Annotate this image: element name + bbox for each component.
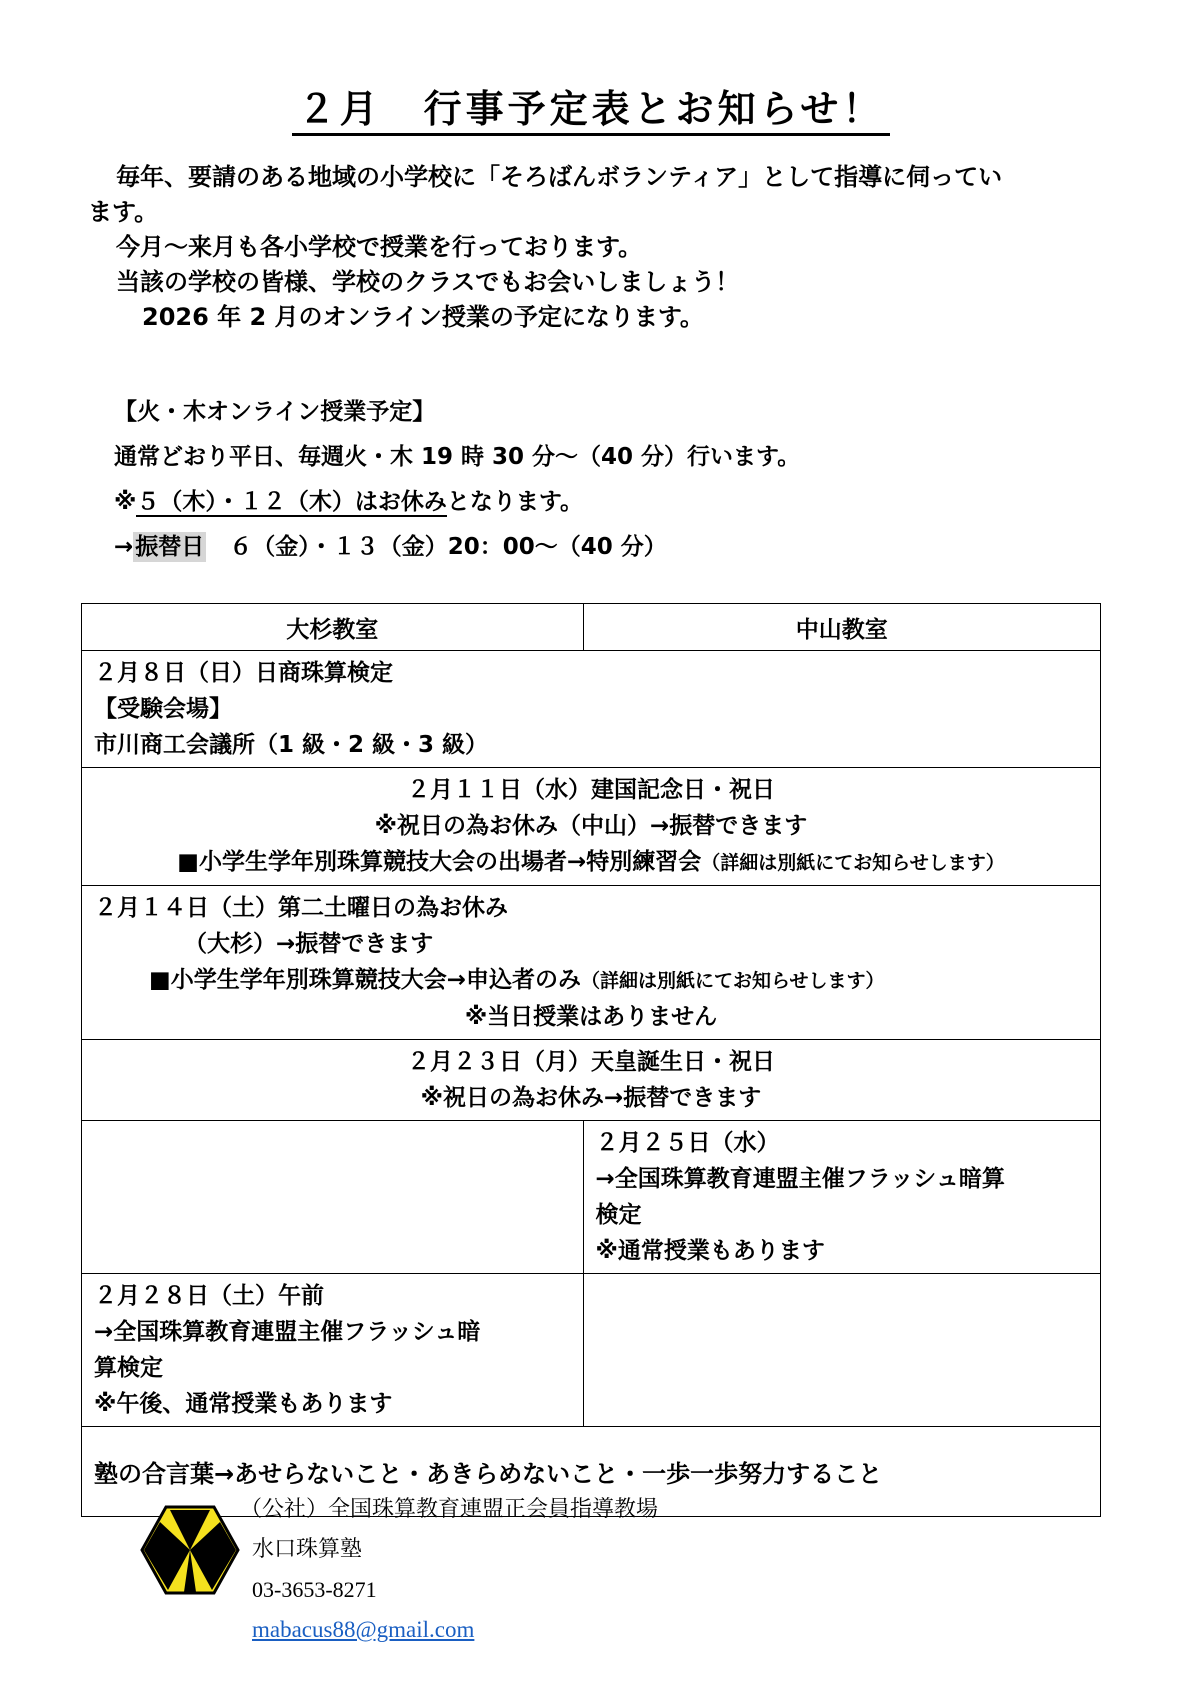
event-feb28: ２月２８日（土）午前 →全国珠算教育連盟主催フラッシュ暗 算検定 ※午後、通常授… [82, 1274, 583, 1426]
school-name: 水口珠算塾 [240, 1530, 658, 1570]
table-row: ２月８日（日）日商珠算検定 【受験会場】 市川商工会議所（1 級・2 級・3 級… [82, 651, 1101, 768]
holiday-dates: ５（木）・１２（木）はお休み [136, 489, 447, 517]
hexagon-abacus-logo-icon [140, 1505, 240, 1595]
arrow-icon: → [114, 534, 133, 560]
table-row: ２月２５日（水） →全国珠算教育連盟主催フラッシュ暗算 検定 ※通常授業もありま… [82, 1121, 1101, 1274]
intro-line: 今月～来月も各小学校で授業を行っております。 [88, 230, 1098, 265]
online-makeup: →振替日 ６（金）・１３（金）20：00～（40 分） [114, 525, 800, 570]
intro-line: ます。 [88, 195, 1098, 230]
makeup-label: 振替日 [133, 532, 206, 562]
table-row: ２月２８日（土）午前 →全国珠算教育連盟主催フラッシュ暗 算検定 ※午後、通常授… [82, 1274, 1101, 1427]
header-nakayama: 中山教室 [583, 604, 1101, 651]
schedule-table: 大杉教室 中山教室 ２月８日（日）日商珠算検定 【受験会場】 市川商工会議所（1… [81, 603, 1101, 1517]
header-ohsugi: 大杉教室 [82, 604, 584, 651]
table-header-row: 大杉教室 中山教室 [82, 604, 1101, 651]
table-row: ２月２３日（月）天皇誕生日・祝日 ※祝日の為お休み→振替できます [82, 1040, 1101, 1121]
event-feb25: ２月２５日（水） →全国珠算教育連盟主催フラッシュ暗算 検定 ※通常授業もありま… [584, 1121, 1101, 1273]
intro-line: 当該の学校の皆様、学校のクラスでもお会いしましょう！ [88, 265, 1098, 300]
table-row: ２月１４日（土）第二土曜日の為お休み （大杉）→振替できます ■小学生学年別珠算… [82, 886, 1101, 1040]
online-class-section: 【火・木オンライン授業予定】 通常どおり平日、毎週火・木 19 時 30 分～（… [114, 390, 800, 570]
online-holiday: ※５（木）・１２（木）はお休みとなります。 [114, 480, 800, 525]
event-feb8: ２月８日（日）日商珠算検定 【受験会場】 市川商工会議所（1 級・2 級・3 級… [82, 651, 1100, 767]
intro-line: 毎年、要請のある地域の小学校に「そろばんボランティア」として指導に伺ってい [88, 160, 1098, 195]
intro-paragraph: 毎年、要請のある地域の小学校に「そろばんボランティア」として指導に伺ってい ます… [88, 160, 1098, 335]
empty-cell [583, 1274, 1101, 1427]
event-feb23: ２月２３日（月）天皇誕生日・祝日 ※祝日の為お休み→振替できます [82, 1040, 1100, 1120]
email-link[interactable]: mabacus88@gmail.com [240, 1617, 474, 1642]
event-feb11: ２月１１日（水）建国記念日・祝日 ※祝日の為お休み（中山）→振替できます ■小学… [82, 768, 1100, 885]
online-heading: 【火・木オンライン授業予定】 [114, 390, 800, 435]
phone-number: 03-3653-8271 [240, 1570, 658, 1610]
online-regular: 通常どおり平日、毎週火・木 19 時 30 分～（40 分）行います。 [114, 435, 800, 480]
page-title: ２月 行事予定表とお知らせ！ [0, 78, 1182, 133]
org-name: （公社）全国珠算教育連盟正会員指導教場 [240, 1490, 658, 1530]
empty-cell [82, 1121, 584, 1274]
table-row: ２月１１日（水）建国記念日・祝日 ※祝日の為お休み（中山）→振替できます ■小学… [82, 768, 1101, 886]
intro-line: 2026 年 2 月のオンライン授業の予定になります。 [88, 300, 1098, 335]
org-info: （公社）全国珠算教育連盟正会員指導教場 水口珠算塾 03-3653-8271 m… [240, 1490, 658, 1651]
title-text: ２月 行事予定表とお知らせ！ [292, 87, 891, 136]
event-feb14: ２月１４日（土）第二土曜日の為お休み （大杉）→振替できます ■小学生学年別珠算… [82, 886, 1100, 1039]
makeup-detail: ６（金）・１３（金）20：00～（40 分） [206, 534, 667, 560]
